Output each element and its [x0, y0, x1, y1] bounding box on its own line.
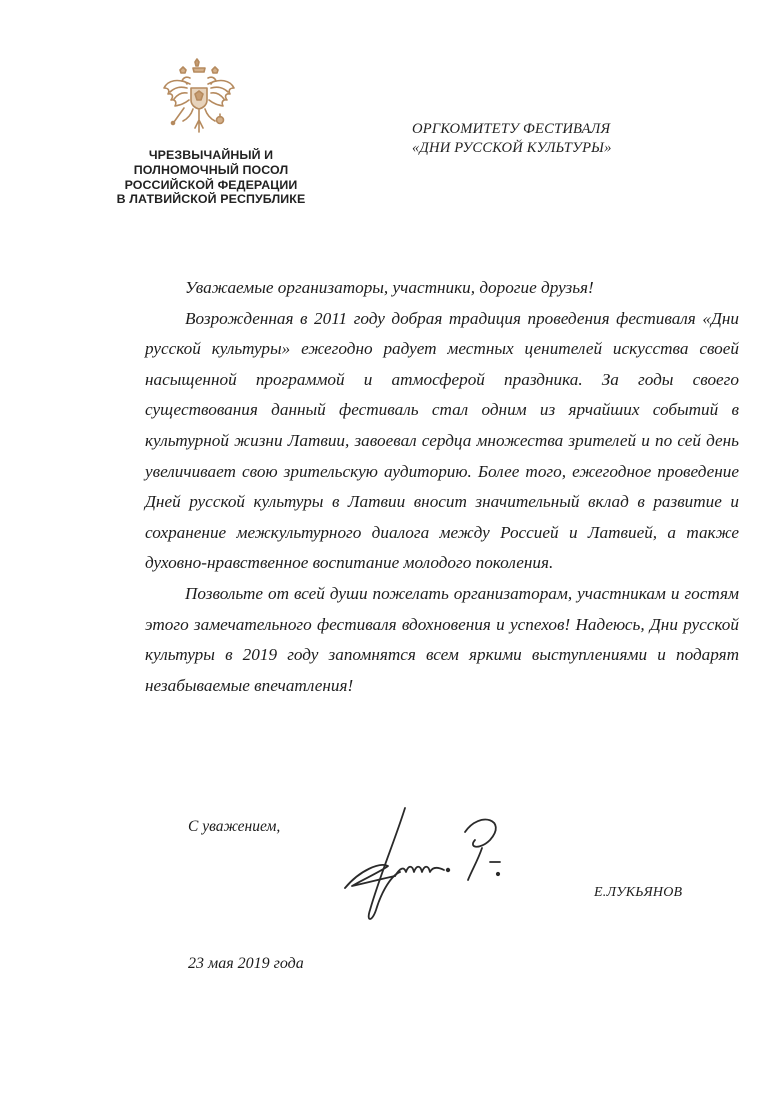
addressee: ОРГКОМИТЕТУ ФЕСТИВАЛЯ «ДНИ РУССКОЙ КУЛЬТ… [412, 120, 612, 158]
closing-salutation: С уважением, [188, 818, 280, 836]
addressee-line: «ДНИ РУССКОЙ КУЛЬТУРЫ» [412, 139, 612, 158]
sender-line: ПОЛНОМОЧНЫЙ ПОСОЛ [95, 163, 327, 178]
sender-line: В ЛАТВИЙСКОЙ РЕСПУБЛИКЕ [95, 192, 327, 207]
greeting: Уважаемые организаторы, участники, дорог… [145, 273, 739, 304]
paragraph: Позвольте от всей души пожелать организа… [145, 579, 739, 701]
letter-body: Уважаемые организаторы, участники, дорог… [145, 273, 739, 701]
sender-line: ЧРЕЗВЫЧАЙНЫЙ И [95, 148, 327, 163]
coat-of-arms-icon [160, 58, 238, 140]
signer-name: Е.ЛУКЬЯНОВ [594, 885, 682, 901]
sender-line: РОССИЙСКОЙ ФЕДЕРАЦИИ [95, 178, 327, 193]
letter-date: 23 мая 2019 года [188, 955, 304, 973]
addressee-line: ОРГКОМИТЕТУ ФЕСТИВАЛЯ [412, 120, 612, 139]
signature-icon [340, 800, 580, 930]
sender-title: ЧРЕЗВЫЧАЙНЫЙ И ПОЛНОМОЧНЫЙ ПОСОЛ РОССИЙС… [95, 148, 327, 207]
paragraph: Возрожденная в 2011 году добрая традиция… [145, 304, 739, 579]
